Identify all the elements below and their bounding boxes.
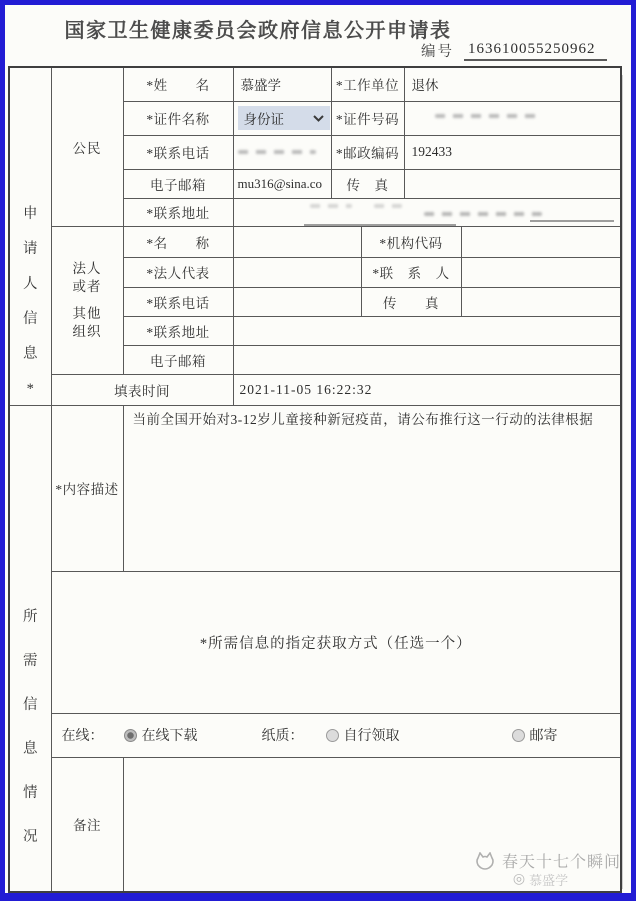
field-legal-address xyxy=(233,316,621,345)
redaction-smudge xyxy=(435,114,543,118)
label-legal-fax: 传 真 xyxy=(361,287,461,316)
label-legal-name: *名 称 xyxy=(123,226,233,257)
radio-option-mail[interactable]: 邮寄 xyxy=(512,725,558,745)
field-legal-email xyxy=(233,345,621,374)
radio-selected-icon[interactable] xyxy=(124,729,137,742)
scanned-form-page: 国家卫生健康委员会政府信息公开申请表 编号 163610055250962 申请… xyxy=(0,0,636,901)
label-remarks: 备注 xyxy=(51,757,123,892)
watermark-title: 春天十七个瞬间 xyxy=(502,849,621,872)
applicant-section-vertical-label: 申请人信息* xyxy=(10,204,51,399)
paper-group-label: 纸质： xyxy=(262,725,304,745)
id-type-select[interactable]: 身份证 xyxy=(238,106,330,130)
redaction-smudge xyxy=(238,150,316,154)
application-form-table: 申请人信息* 公民 *姓 名 慕盛学 *工作单位 退休 *证件名称 身份证 xyxy=(8,66,622,893)
field-org-code xyxy=(461,226,621,257)
field-citizen-address-redacted xyxy=(233,198,621,226)
label-content-description: *内容描述 xyxy=(51,405,123,571)
label-citizen-fax: 传 真 xyxy=(331,169,404,198)
group-legal-entity: 法人或者 其他组织 xyxy=(51,226,123,374)
field-citizen-work-unit: 退休 xyxy=(404,67,621,101)
radio-option-self-pickup[interactable]: 自行领取 xyxy=(326,725,400,745)
serial-value: 163610055250962 xyxy=(464,41,607,61)
field-citizen-name: 慕盛学 xyxy=(233,67,331,101)
redaction-smudge xyxy=(374,204,402,208)
field-contact-person xyxy=(461,257,621,287)
field-legal-name xyxy=(233,226,361,257)
radio-unselected-icon[interactable] xyxy=(512,729,525,742)
legal-group-label: 法人或者 其他组织 xyxy=(52,260,123,341)
group-citizen: 公民 xyxy=(51,67,123,226)
field-legal-rep xyxy=(233,257,361,287)
field-citizen-fax xyxy=(404,169,621,198)
label-citizen-work-unit: *工作单位 xyxy=(331,67,404,101)
section-requested-info: 所需信息情况 xyxy=(9,405,51,892)
label-citizen-phone: *联系电话 xyxy=(123,135,233,169)
section-applicant-info: 申请人信息* xyxy=(9,67,51,405)
field-citizen-phone-redacted xyxy=(233,135,331,169)
id-type-selected-value: 身份证 xyxy=(244,108,285,128)
paper-sheet: 国家卫生健康委员会政府信息公开申请表 编号 163610055250962 申请… xyxy=(5,5,631,893)
watermark: 春天十七个瞬间 ◎ 慕盛学 xyxy=(474,849,621,889)
chevron-down-icon xyxy=(313,115,324,122)
redaction-smudge xyxy=(310,204,352,208)
field-legal-fax xyxy=(461,287,621,316)
legal-group-line2: 其他组织 xyxy=(72,305,102,341)
spiral-logo-icon: ◎ xyxy=(513,871,525,888)
serial-label: 编号 xyxy=(421,40,454,61)
field-legal-phone xyxy=(233,287,361,316)
citizen-group-label: 公民 xyxy=(73,141,102,156)
field-fill-time: 2021-11-05 16:22:32 xyxy=(233,374,621,405)
delivery-method-options-cell: 在线： 在线下载 纸质： 自行领取 邮寄 xyxy=(51,713,621,757)
label-contact-person: *联 系 人 xyxy=(361,257,461,287)
delivery-method-header: *所需信息的指定获取方式（任选一个） xyxy=(200,636,472,652)
label-org-code: *机构代码 xyxy=(361,226,461,257)
label-id-number: *证件号码 xyxy=(331,101,404,135)
mail-label: 邮寄 xyxy=(530,725,558,745)
online-group-label: 在线： xyxy=(62,725,104,745)
field-id-type-cell: 身份证 xyxy=(233,101,331,135)
form-title: 国家卫生健康委员会政府信息公开申请表 xyxy=(23,14,493,43)
self-pickup-label: 自行领取 xyxy=(344,725,400,745)
redaction-smudge xyxy=(424,212,542,216)
label-fill-time: 填表时间 xyxy=(51,374,233,405)
label-legal-phone: *联系电话 xyxy=(123,287,233,316)
field-content-description: 当前全国开始对3-12岁儿童接种新冠疫苗，请公布推行这一行动的法律根据 xyxy=(123,405,621,571)
online-download-label: 在线下载 xyxy=(142,725,198,745)
label-citizen-name: *姓 名 xyxy=(123,67,233,101)
watermark-author: 慕盛学 xyxy=(529,870,568,889)
label-citizen-email: 电子邮箱 xyxy=(123,169,233,198)
field-id-number-redacted xyxy=(404,101,621,135)
scan-page-edge xyxy=(622,75,623,889)
label-citizen-address: *联系地址 xyxy=(123,198,233,226)
label-postcode: *邮政编码 xyxy=(331,135,404,169)
serial-number-row: 编号 163610055250962 xyxy=(421,40,607,61)
field-postcode: 192433 xyxy=(404,135,621,169)
requested-info-vertical-label: 所需信息情况 xyxy=(10,607,51,847)
radio-unselected-icon[interactable] xyxy=(326,729,339,742)
redaction-underline xyxy=(530,220,614,222)
delivery-method-header-cell: *所需信息的指定获取方式（任选一个） xyxy=(51,571,621,713)
label-id-type: *证件名称 xyxy=(123,101,233,135)
delivery-method-options: 在线： 在线下载 纸质： 自行领取 邮寄 xyxy=(52,725,621,745)
cat-icon xyxy=(474,852,496,870)
label-legal-rep: *法人代表 xyxy=(123,257,233,287)
radio-option-online-download[interactable]: 在线下载 xyxy=(124,725,198,745)
label-legal-address: *联系地址 xyxy=(123,316,233,345)
label-legal-email: 电子邮箱 xyxy=(123,345,233,374)
field-citizen-email: mu316@sina.co xyxy=(233,169,331,198)
legal-group-line1: 法人或者 xyxy=(72,260,102,296)
